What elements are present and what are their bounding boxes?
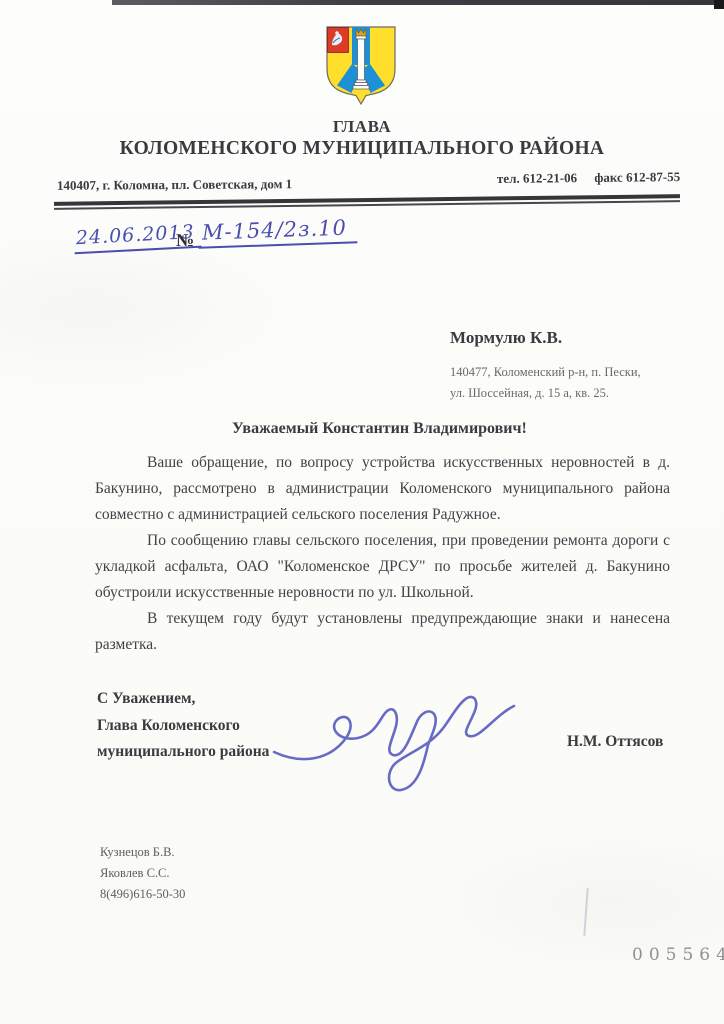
closing-line1: С Уважением, bbox=[97, 686, 269, 713]
letterhead-address: 140407, г. Коломна, пл. Советская, дом 1 bbox=[57, 176, 292, 194]
scan-corner-artifact bbox=[714, 0, 724, 9]
coat-of-arms-icon bbox=[322, 24, 400, 106]
body-paragraph-3: В текущем году будут установлены предупр… bbox=[95, 606, 670, 658]
scanned-letter-page: ГЛАВА КОЛОМЕНСКОГО МУНИЦИПАЛЬНОГО РАЙОНА… bbox=[0, 0, 724, 1024]
signer-name: Н.М. Оттясов bbox=[567, 733, 663, 751]
stamp-serial-number: 005564 bbox=[632, 945, 724, 965]
recipient-address-line1: 140477, Коломенский р-н, п. Пески, bbox=[450, 362, 641, 383]
body-paragraph-2: По сообщению главы сельского поселения, … bbox=[95, 528, 670, 606]
coat-of-arms-svg bbox=[322, 24, 400, 106]
executor-name-1: Кузнецов Б.В. bbox=[100, 842, 185, 863]
number-sign: № bbox=[176, 230, 194, 251]
closing-block: С Уважением, Глава Коломенского муниципа… bbox=[97, 686, 269, 766]
letter-body: Ваше обращение, по вопросу устройства ис… bbox=[95, 450, 670, 658]
org-title-line2: КОЛОМЕНСКОГО МУНИЦИПАЛЬНОГО РАЙОНА bbox=[0, 138, 724, 160]
closing-line2: Глава Коломенского bbox=[97, 713, 269, 740]
letterhead-fax: факс 612-87-55 bbox=[594, 169, 680, 185]
org-title-line1: ГЛАВА bbox=[0, 117, 724, 137]
handwritten-reg-number: М-154/2з.10 bbox=[198, 215, 358, 249]
signature-svg bbox=[268, 668, 520, 798]
pen-smudge-artifact bbox=[583, 888, 588, 936]
recipient-address: 140477, Коломенский р-н, п. Пески, ул. Ш… bbox=[450, 362, 641, 404]
recipient-address-line2: ул. Шоссейная, д. 15 а, кв. 25. bbox=[450, 383, 641, 404]
body-paragraph-1: Ваше обращение, по вопросу устройства ис… bbox=[95, 450, 670, 528]
letterhead-divider bbox=[54, 194, 680, 210]
scan-edge-artifact bbox=[112, 0, 724, 5]
executor-phone: 8(496)616-50-30 bbox=[100, 884, 185, 905]
recipient-name: Мормулю К.В. bbox=[450, 328, 562, 348]
executor-name-2: Яковлев С.С. bbox=[100, 863, 185, 884]
closing-line3: муниципального района bbox=[97, 739, 269, 766]
letterhead-phone: тел. 612-21-06 bbox=[497, 170, 577, 186]
letterhead-phones: тел. 612-21-06 факс 612-87-55 bbox=[497, 169, 680, 187]
executor-contacts: Кузнецов Б.В. Яковлев С.С. 8(496)616-50-… bbox=[100, 842, 185, 905]
handwritten-signature bbox=[268, 668, 520, 798]
salutation: Уважаемый Константин Владимирович! bbox=[232, 420, 527, 438]
